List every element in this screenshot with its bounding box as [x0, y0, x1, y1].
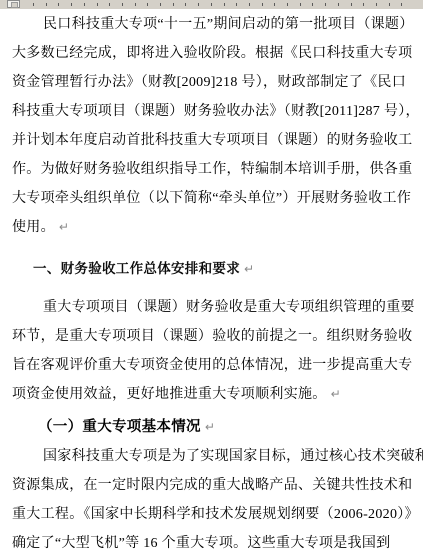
text-line[interactable]: 环节，是重大专项项目（课题）验收的前提之一。组织财务验收 [12, 322, 411, 351]
section-heading-text: 一、财务验收工作总体安排和要求 [33, 261, 240, 276]
text-line[interactable]: 国家科技重大专项是为了实现国家目标，通过核心技术突破和 [12, 442, 411, 471]
text-line[interactable]: 使用。↵ [12, 213, 411, 242]
text-line[interactable]: 科技重大专项项目（课题）财务验收办法》（财教[2011]287 号）， [12, 97, 411, 126]
document-text-area[interactable]: 民口科技重大专项“十一五”期间启动的第一批项目（课题） 大多数已经完成，即将进入… [0, 10, 423, 555]
text-line[interactable]: 大多数已经完成，即将进入验收阶段。根据《民口科技重大专项 [12, 39, 411, 68]
text-line[interactable]: 项资金使用效益，更好地推进重大专项顺利实施。↵ [12, 380, 411, 409]
text-line[interactable]: 确定了“大型飞机”等 16 个重大专项。这些重大专项是我国到 [12, 529, 411, 555]
text-line-content: 项资金使用效益，更好地推进重大专项顺利实施。 [12, 387, 327, 402]
paragraph-intro: 民口科技重大专项“十一五”期间启动的第一批项目（课题） 大多数已经完成，即将进入… [12, 10, 411, 242]
text-line[interactable]: 并计划本年度启动首批科技重大专项项目（课题）的财务验收工 [12, 126, 411, 155]
text-line[interactable]: 重大专项项目（课题）财务验收是重大专项组织管理的重要 [12, 293, 411, 322]
text-line[interactable]: 资源集成，在一定时限内完成的重大战略产品、关键共性技术和 [12, 471, 411, 500]
text-line[interactable]: 大专项牵头组织单位（以下简称“牵头单位”）开展财务验收工作 [12, 184, 411, 213]
paragraph-mark: ↵ [205, 420, 215, 434]
text-line[interactable]: 民口科技重大专项“十一五”期间启动的第一批项目（课题） [12, 10, 411, 39]
paragraph-mark: ↵ [59, 220, 69, 234]
paragraph-major-projects: 国家科技重大专项是为了实现国家目标，通过核心技术突破和 资源集成，在一定时限内完… [12, 442, 411, 555]
paragraph-mark: ↵ [244, 262, 254, 276]
section-heading-financial-acceptance[interactable]: 一、财务验收工作总体安排和要求↵ [12, 254, 411, 283]
text-line[interactable]: 重大工程。《国家中长期科学和技术发展规划纲要（2006-2020）》 [12, 500, 411, 529]
subsection-heading-text: （一）重大专项基本情况 [38, 419, 201, 435]
paragraph-overview: 重大专项项目（课题）财务验收是重大专项组织管理的重要 环节，是重大专项项目（课题… [12, 293, 411, 409]
subsection-heading-basic-situation[interactable]: （一）重大专项基本情况↵ [12, 413, 411, 442]
text-line[interactable]: 资金管理暂行办法》（财教[2009]218 号），财政部制定了《民口 [12, 68, 411, 97]
text-line[interactable]: 旨在客观评价重大专项资金使用的总体情况，进一步提高重大专 [12, 351, 411, 380]
text-line[interactable]: 作。为做好财务验收组织指导工作，特编制本培训手册，供各重 [12, 155, 411, 184]
ruler-tick-marks [0, 0, 423, 9]
paragraph-mark: ↵ [331, 387, 341, 401]
horizontal-ruler[interactable] [0, 0, 423, 10]
text-line-content: 使用。 [12, 220, 55, 235]
document-page: 民口科技重大专项“十一五”期间启动的第一批项目（课题） 大多数已经完成，即将进入… [0, 0, 423, 555]
